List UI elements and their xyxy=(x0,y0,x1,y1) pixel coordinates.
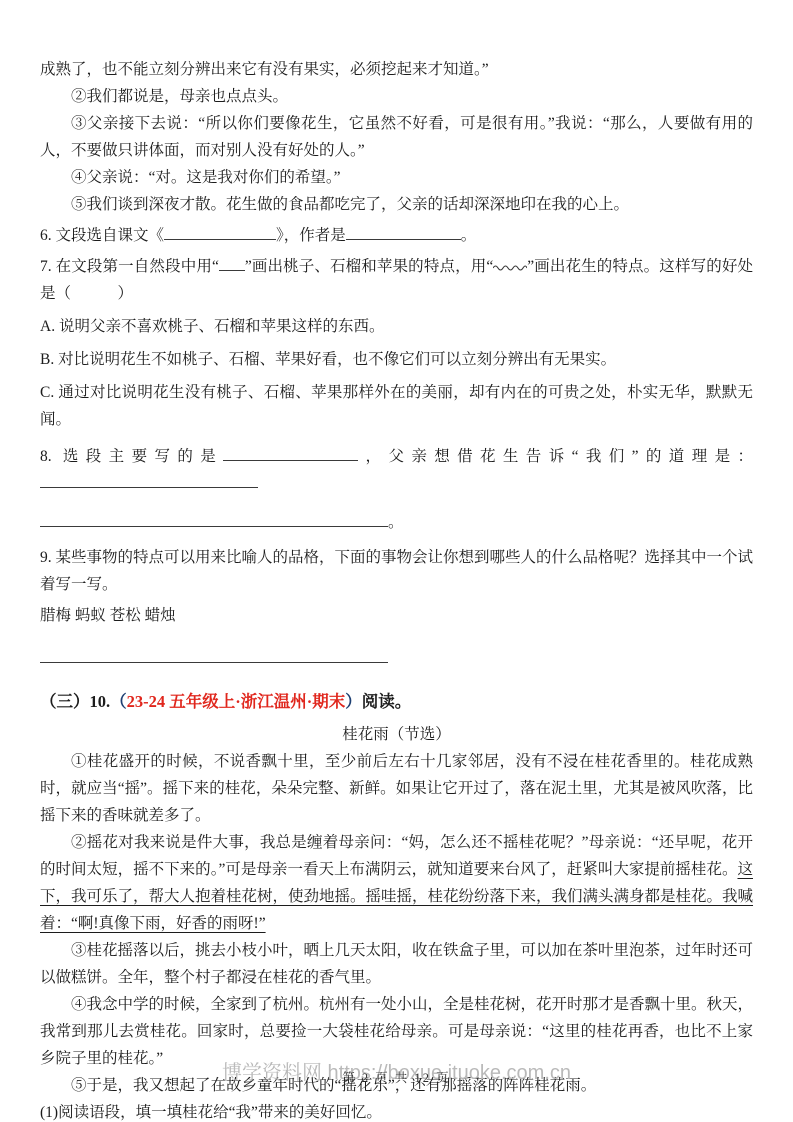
peanut-paragraph-4: ④父亲说：“对。这是我对你们的希望。” xyxy=(40,164,753,191)
question-9-items: 腊梅 蚂蚁 苍松 蜡烛 xyxy=(40,602,753,629)
fill-blank xyxy=(40,511,388,527)
question-7: 7. 在文段第一自然段中用“”画出桃子、石榴和苹果的特点，用“”画出花生的特点。… xyxy=(40,253,753,307)
section-3-header: （三）10.（23-24 五年级上·浙江温州·期末）阅读。 xyxy=(40,688,753,715)
question-6-mid: 》，作者是 xyxy=(276,227,346,244)
exam-source-tag: 23-24 五年级上·浙江温州·期末 xyxy=(127,692,346,711)
section-3-task: 阅读。 xyxy=(362,692,412,711)
page-number: 第 2 页 共 12 页 xyxy=(342,1068,450,1086)
question-8-prefix: 8. 选段主要写的是 xyxy=(40,448,223,465)
question-8-suffix: 。 xyxy=(388,514,404,531)
fill-blank xyxy=(346,224,461,240)
question-7-prefix: 7. 在文段第一自然段中用“ xyxy=(40,258,219,275)
fill-blank xyxy=(164,224,276,240)
peanut-paragraph-3: ③父亲接下去说：“所以你们要像花生，它虽然不好看，可是很有用。”我说：“那么，人… xyxy=(40,110,753,164)
fill-blank xyxy=(223,445,358,461)
question-9: 9. 某些事物的特点可以用来比喻人的品格，下面的事物会让你想到哪些人的什么品格呢… xyxy=(40,544,753,598)
question-6: 6. 文段选自课文《》，作者是。 xyxy=(40,222,753,249)
question-6-suffix: 。 xyxy=(461,227,477,244)
passage-paragraph-1: ①桂花盛开的时候，不说香飘十里，至少前后左右十几家邻居，没有不浸在桂花香里的。桂… xyxy=(40,748,753,829)
paren-close: ） xyxy=(345,692,362,711)
question-10-1: (1)阅读语段，填一填桂花给“我”带来的美好回忆。 xyxy=(40,1099,753,1122)
worksheet-page: 成熟了，也不能立刻分辨出来它有没有果实，必须挖起来才知道。” ②我们都说是，母亲… xyxy=(0,0,793,1122)
peanut-paragraph-2: ②我们都说是，母亲也点点头。 xyxy=(40,83,753,110)
passage-paragraph-3: ③桂花摇落以后，挑去小枝小叶，晒上几天太阳，收在铁盒子里，可以加在茶叶里泡茶，过… xyxy=(40,937,753,991)
peanut-paragraph-5: ⑤我们谈到深夜才散。花生做的食品都吃完了，父亲的话却深深地印在我的心上。 xyxy=(40,191,753,218)
fill-blank xyxy=(219,255,245,271)
peanut-paragraph-continuation: 成熟了，也不能立刻分辨出来它有没有果实，必须挖起来才知道。” xyxy=(40,56,753,83)
question-8-answer-line: 。 xyxy=(40,509,753,536)
option-c: C. 通过对比说明花生没有桃子、石榴、苹果那样外在的美丽，却有内在的可贵之处，朴… xyxy=(40,379,753,433)
fill-blank xyxy=(40,647,388,663)
option-a: A. 说明父亲不喜欢桃子、石榴和苹果这样的东西。 xyxy=(40,313,753,340)
question-8: 8. 选段主要写的是，父亲想借花生告诉“我们”的道理是： xyxy=(40,443,753,497)
question-6-prefix: 6. 文段选自课文《 xyxy=(40,227,164,244)
question-8-mid: ，父亲想借花生告诉“我们”的道理是： xyxy=(358,448,753,465)
question-9-answer-line xyxy=(40,645,753,672)
fill-blank xyxy=(40,472,258,488)
passage-paragraph-2: ②摇花对我来说是件大事，我总是缠着母亲问：“妈，怎么还不摇桂花呢？”母亲说：“还… xyxy=(40,829,753,937)
paren-open: （ xyxy=(110,692,127,711)
passage-paragraph-2-normal: ②摇花对我来说是件大事，我总是缠着母亲问：“妈，怎么还不摇桂花呢？”母亲说：“还… xyxy=(40,834,753,878)
option-b: B. 对比说明花生不如桃子、石榴、苹果好看，也不像它们可以立刻分辨出有无果实。 xyxy=(40,346,753,373)
wavy-underline-blank xyxy=(493,253,527,280)
passage-title: 桂花雨（节选） xyxy=(40,721,753,748)
section-3-number: （三）10. xyxy=(40,692,110,711)
question-7-mid: ”画出桃子、石榴和苹果的特点，用“ xyxy=(245,258,493,275)
